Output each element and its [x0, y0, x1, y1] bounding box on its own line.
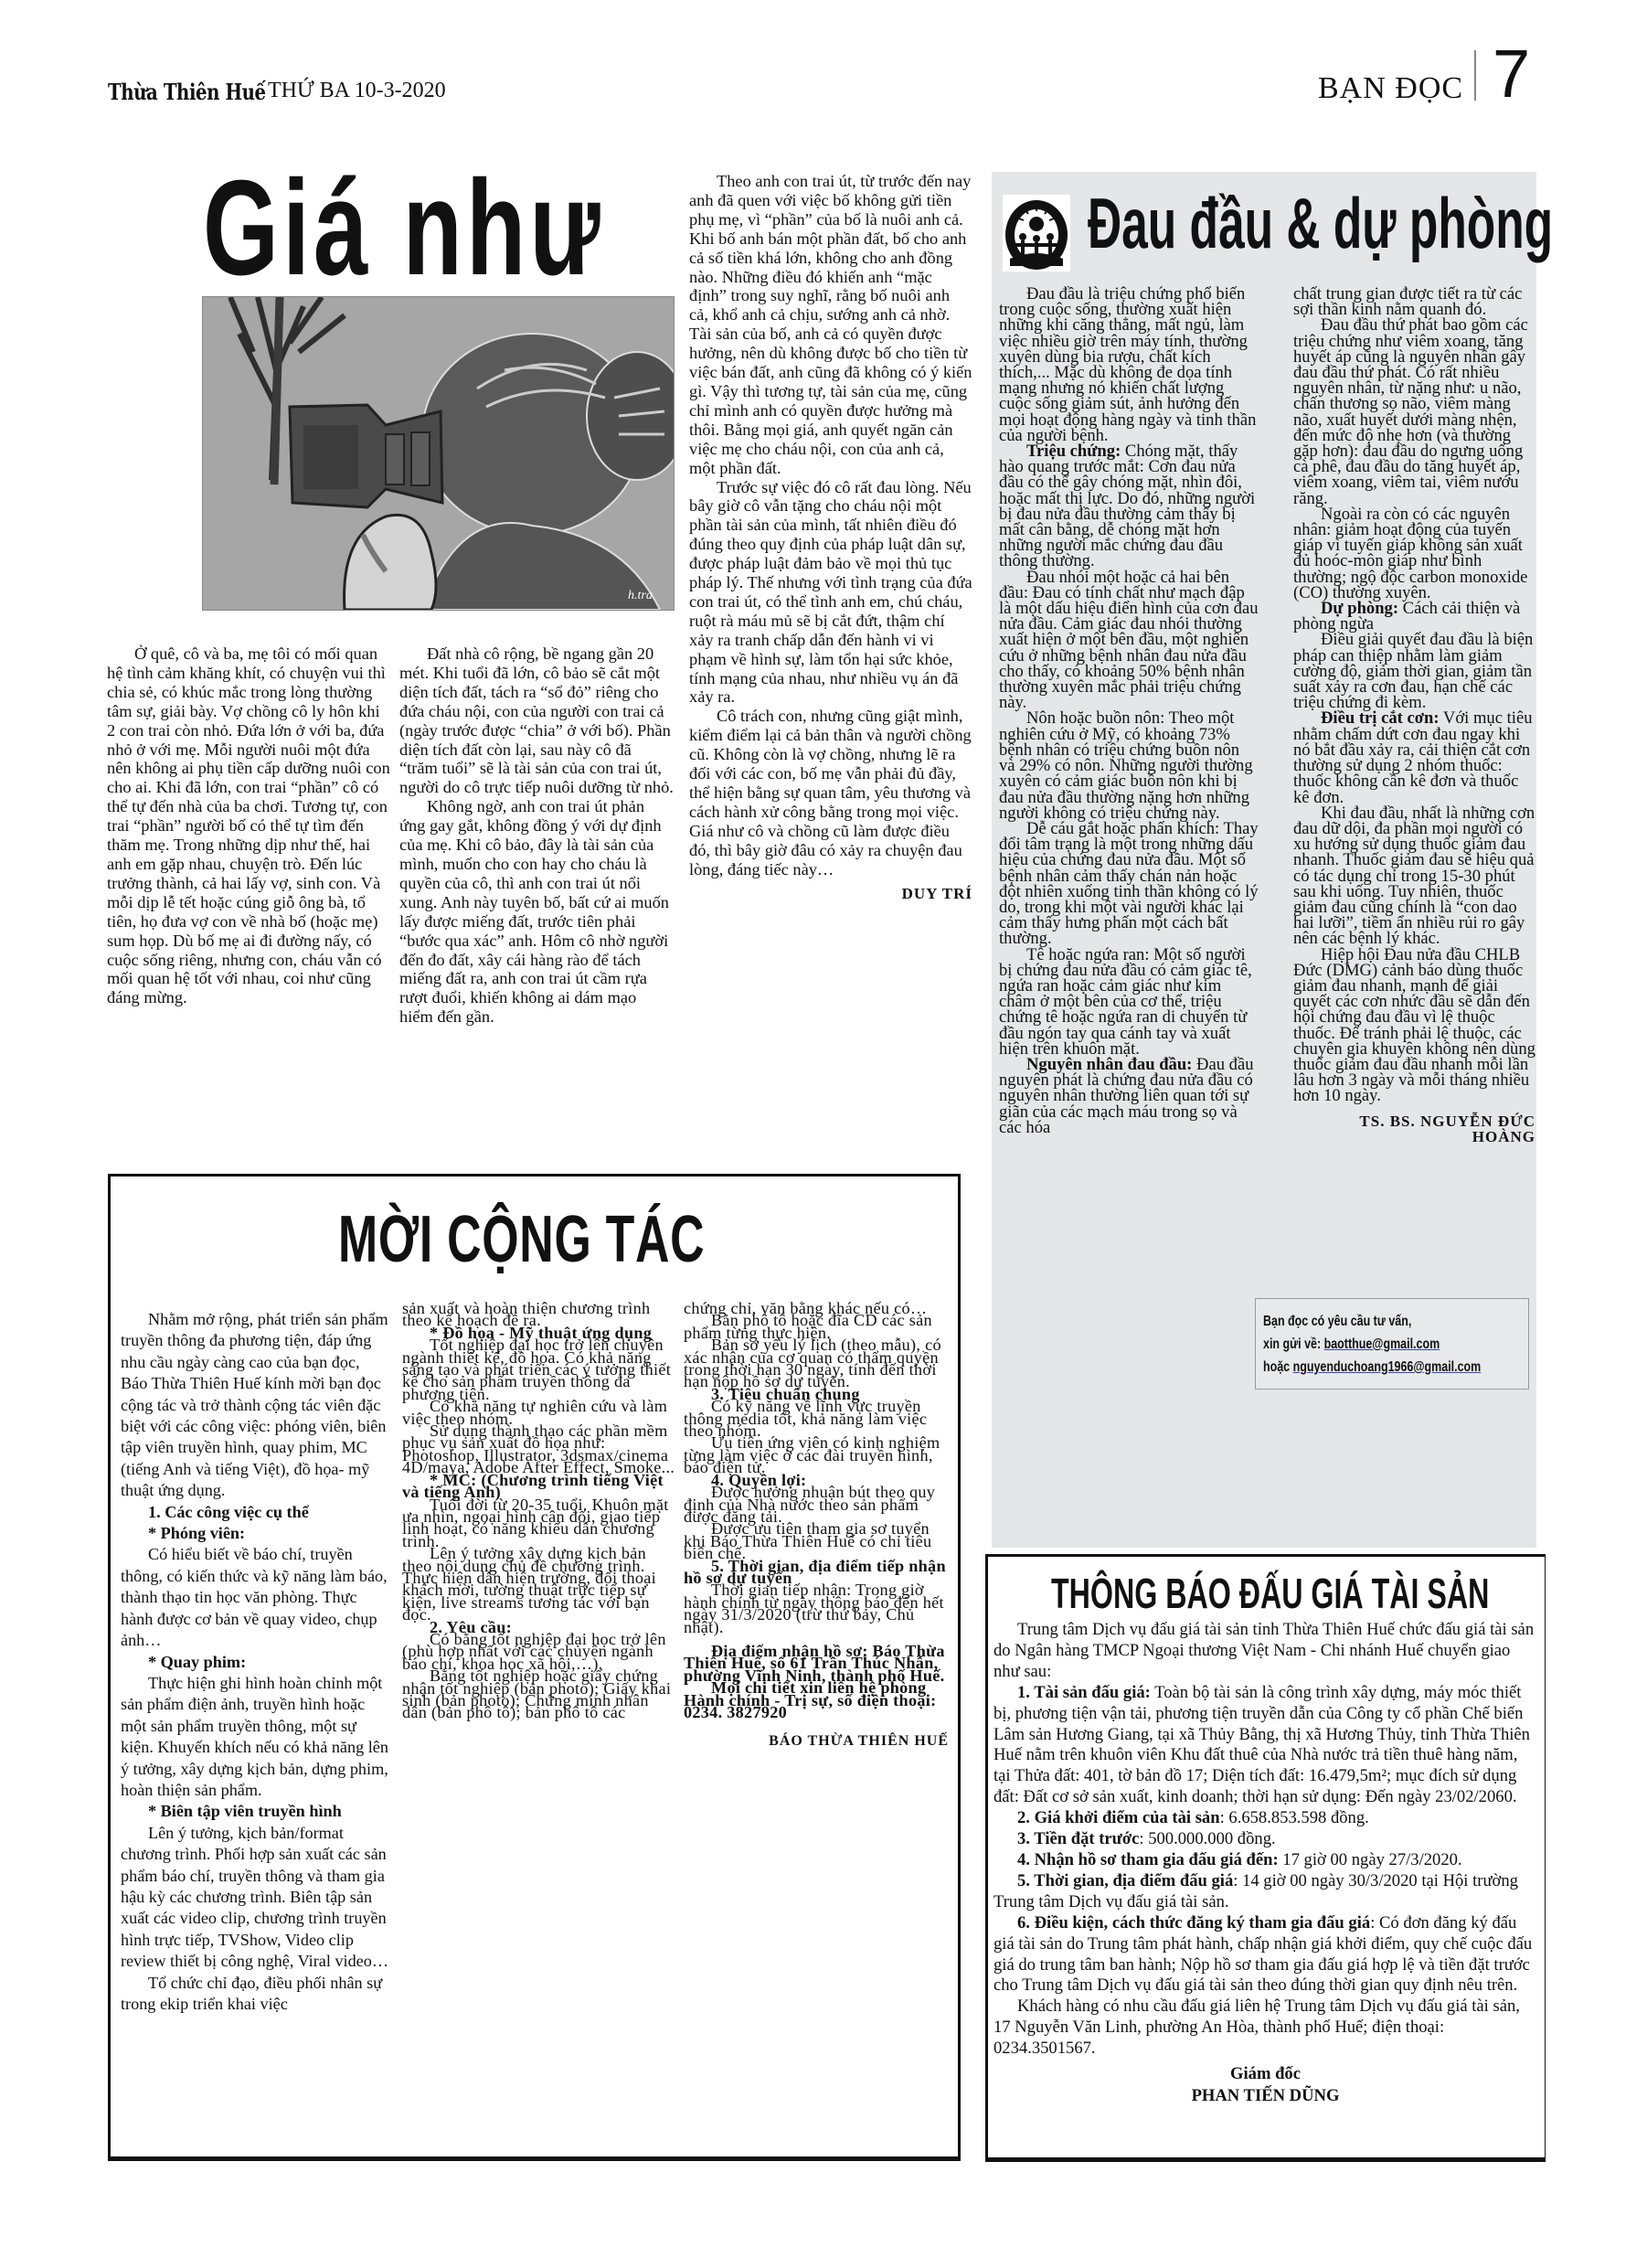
health-column-2: chất trung gian được tiết ra từ các sợi … [1293, 286, 1535, 1145]
article-column-2: Đất nhà cô rộng, bề ngang gần 20 mét. Kh… [399, 644, 674, 1027]
paragraph: Dễ cáu gắt hoặc phấn khích: Thay đổi tâm… [999, 821, 1259, 947]
paragraph: Bản sơ yếu lý lịch (theo mẫu), có xác nh… [684, 1339, 949, 1389]
paragraph: Có bằng tốt nghiệp đại học trở lên (phù … [402, 1634, 676, 1670]
artist-signature: h.tra [628, 589, 653, 602]
paragraph: Đất nhà cô rộng, bề ngang gần 20 mét. Kh… [399, 644, 674, 797]
signer-name: PHAN TIẾN DŨNG [994, 2085, 1537, 2107]
paragraph: Theo anh con trai út, từ trước đến nay a… [689, 172, 972, 478]
paragraph: Không ngờ, anh con trai út phản ứng gay … [399, 797, 674, 1027]
paragraph: Khách hàng có nhu cầu đấu giá liên hệ Tr… [994, 1996, 1537, 2060]
recruitment-column-2: sản xuất và hoàn thiện chương trình theo… [402, 1303, 676, 1720]
paragraph: Dự phòng: Cách cải thiện và phòng ngừa [1293, 601, 1535, 632]
paragraph: Bằng tốt nghiệp hoặc giấy chứng nhận tốt… [402, 1670, 676, 1720]
camera-illustration-icon: h.tra [203, 297, 674, 610]
issue-date: THỨ BA 10-3-2020 [268, 79, 446, 103]
paragraph: 4. Nhận hồ sơ tham gia đấu giá đến: 17 g… [994, 1850, 1537, 1871]
paragraph: Triệu chứng: Chóng mặt, thấy hào quang t… [999, 443, 1259, 570]
item-lead: 6. Điều kiện, cách thức đăng ký tham gia… [1017, 1913, 1370, 1933]
email-link-baotthue[interactable]: baotthue@gmail.com [1324, 1336, 1440, 1352]
email-link-nguyenduchoang[interactable]: nguyenduchoang1966@gmail.com [1293, 1359, 1482, 1375]
section-heading: * Biên tập viên truyền hình [121, 1801, 390, 1822]
contact-line-1: Bạn đọc có yêu cầu tư vấn, [1263, 1310, 1470, 1333]
paragraph: Sử dụng thành thạo các phần mềm phục vụ … [402, 1425, 676, 1475]
paragraph: Đau đầu thứ phát bao gồm các triệu chứng… [1293, 317, 1535, 506]
recruitment-column-1: Nhằm mở rộng, phát triển sản phẩm truyền… [121, 1309, 390, 2015]
health-author: TS. BS. NGUYỄN ĐỨC HOÀNG [1293, 1113, 1535, 1145]
item-lead: 4. Nhận hồ sơ tham gia đấu giá đến: [1017, 1850, 1279, 1869]
section-heading: 1. Các công việc cụ thể [121, 1502, 390, 1523]
paragraph: Tê hoặc ngứa ran: Một số người bị chứng … [999, 947, 1259, 1057]
paragraph: Cô trách con, nhưng cũng giật mình, kiểm… [689, 707, 972, 878]
paragraph: Ở quê, cô và ba, mẹ tôi có mối quan hệ t… [107, 644, 390, 1007]
contact-box: Bạn đọc có yêu cầu tư vấn, xin gửi về: b… [1255, 1298, 1529, 1390]
paragraph: Được hưởng nhuận bút theo quy định của N… [684, 1486, 949, 1523]
paragraph: 6. Điều kiện, cách thức đăng ký tham gia… [994, 1913, 1537, 1997]
paragraph: Nguyên nhân đau đầu: Đau đầu nguyên phát… [999, 1057, 1259, 1135]
recruitment-title: MỜI CỘNG TÁC [338, 1207, 705, 1272]
paragraph: Tốt nghiệp đại học trở lên chuyên ngành … [402, 1339, 676, 1400]
item-lead: 1. Tài sản đấu giá: [1017, 1683, 1151, 1702]
auction-notice-body: Trung tâm Dịch vụ đấu giá tài sản tỉnh T… [994, 1620, 1537, 2107]
recruitment-column-3: chứng chỉ, văn bằng khác nếu có… Bản phô… [684, 1303, 949, 1748]
paragraph: chất trung gian được tiết ra từ các sợi … [1293, 286, 1535, 317]
signer-title: Giám đốc [994, 2063, 1537, 2085]
paragraph: Được ưu tiên tham gia sơ tuyển khi Báo T… [684, 1523, 949, 1560]
paragraph: Đau đầu là triệu chứng phổ biến trong cu… [999, 286, 1259, 443]
section-heading: * Quay phim: [121, 1652, 390, 1673]
article-column-1: Ở quê, cô và ba, mẹ tôi có mối quan hệ t… [107, 644, 390, 1007]
paragraph: Đau nhói một hoặc cả hai bên đầu: Đau có… [999, 570, 1259, 711]
article-title: Giá như [203, 161, 604, 296]
paragraph: Trước sự việc đó cô rất đau lòng. Nếu bâ… [689, 478, 972, 708]
health-logo [1003, 195, 1070, 272]
health-column-title: Đau đầu & dự phòng [1088, 187, 1553, 259]
article-column-3: Theo anh con trai út, từ trước đến nay a… [689, 172, 972, 903]
paragraph: Điều trị cắt cơn: Với mục tiêu nhằm chấm… [1293, 710, 1535, 804]
newspaper-brand: Thừa Thiên Huế [108, 79, 266, 105]
paragraph: Lên ý tưởng, kịch bản/format chương trìn… [121, 1823, 390, 1973]
paragraph: Có hiểu biết về báo chí, truyền thông, c… [121, 1544, 390, 1651]
paragraph: Nhằm mở rộng, phát triển sản phẩm truyền… [121, 1309, 390, 1502]
address-paragraph: Địa điểm nhận hồ sơ: Báo Thừa Thiên Huế,… [684, 1645, 949, 1682]
paragraph: 5. Thời gian, địa điểm đấu giá: 14 giờ 0… [994, 1871, 1537, 1913]
paragraph: 1. Tài sản đấu giá: Toàn bộ tài sản là c… [994, 1683, 1537, 1808]
paragraph: Hiệp hội Đau nửa đầu CHLB Đức (DMG) cảnh… [1293, 947, 1535, 1104]
article-illustration: h.tra [202, 296, 675, 611]
contact-paragraph: Mọi chi tiết xin liên hệ phòng Hành chín… [684, 1682, 949, 1719]
header-divider [1474, 50, 1476, 101]
paragraph: Thời gian tiếp nhận: Trong giờ hành chín… [684, 1584, 949, 1634]
recruitment-signature: BÁO THỪA THIÊN HUẾ [684, 1735, 949, 1747]
paragraph: 2. Giá khởi điểm của tài sản: 6.658.853.… [994, 1808, 1537, 1829]
paragraph: 3. Tiền đặt trước: 500.000.000 đồng. [994, 1829, 1537, 1850]
paragraph: Nôn hoặc buồn nôn: Theo một nghiên cứu ở… [999, 710, 1259, 820]
paragraph: Ưu tiên ứng viên có kinh nghiệm từng làm… [684, 1437, 949, 1474]
item-lead: 3. Tiền đặt trước [1017, 1829, 1139, 1848]
article-author: DUY TRÍ [689, 885, 972, 904]
section-heading: * Phóng viên: [121, 1523, 390, 1544]
paragraph: Ngoài ra còn có các nguyên nhân: giảm ho… [1293, 506, 1535, 601]
contact-line-3: hoặc nguyenduchoang1966@gmail.com [1263, 1356, 1470, 1379]
paragraph: Điều giải quyết đau đầu là biện pháp can… [1293, 632, 1535, 710]
paragraph: Khi đau đầu, nhất là những cơn đau dữ dộ… [1293, 805, 1535, 947]
paragraph: Tuổi đời từ 20-35 tuổi. Khuôn mặt ưa nhì… [402, 1499, 676, 1549]
auction-notice-title: THÔNG BÁO ĐẤU GIÁ TÀI SẢN [1051, 1572, 1489, 1614]
family-health-logo-icon [1003, 195, 1070, 272]
item-lead: 2. Giá khởi điểm của tài sản [1017, 1808, 1220, 1827]
paragraph: Có kỹ năng về lĩnh vực truyền thông medi… [684, 1400, 949, 1437]
section-name: BẠN ĐỌC [1318, 71, 1463, 106]
paragraph: Trung tâm Dịch vụ đấu giá tài sản tỉnh T… [994, 1620, 1537, 1683]
paragraph: Tổ chức chỉ đạo, điều phối nhân sự trong… [121, 1973, 390, 2016]
item-lead: 5. Thời gian, địa điểm đấu giá [1017, 1871, 1233, 1890]
contact-line-2: xin gửi về: baotthue@gmail.com [1263, 1333, 1470, 1356]
paragraph: Lên ý tưởng xây dựng kịch bản theo nội d… [402, 1548, 676, 1621]
page-number: 7 [1493, 40, 1530, 108]
health-column-1: Đau đầu là triệu chứng phổ biến trong cu… [999, 286, 1259, 1135]
paragraph: Thực hiện ghi hình hoàn chỉnh một sản ph… [121, 1673, 390, 1801]
